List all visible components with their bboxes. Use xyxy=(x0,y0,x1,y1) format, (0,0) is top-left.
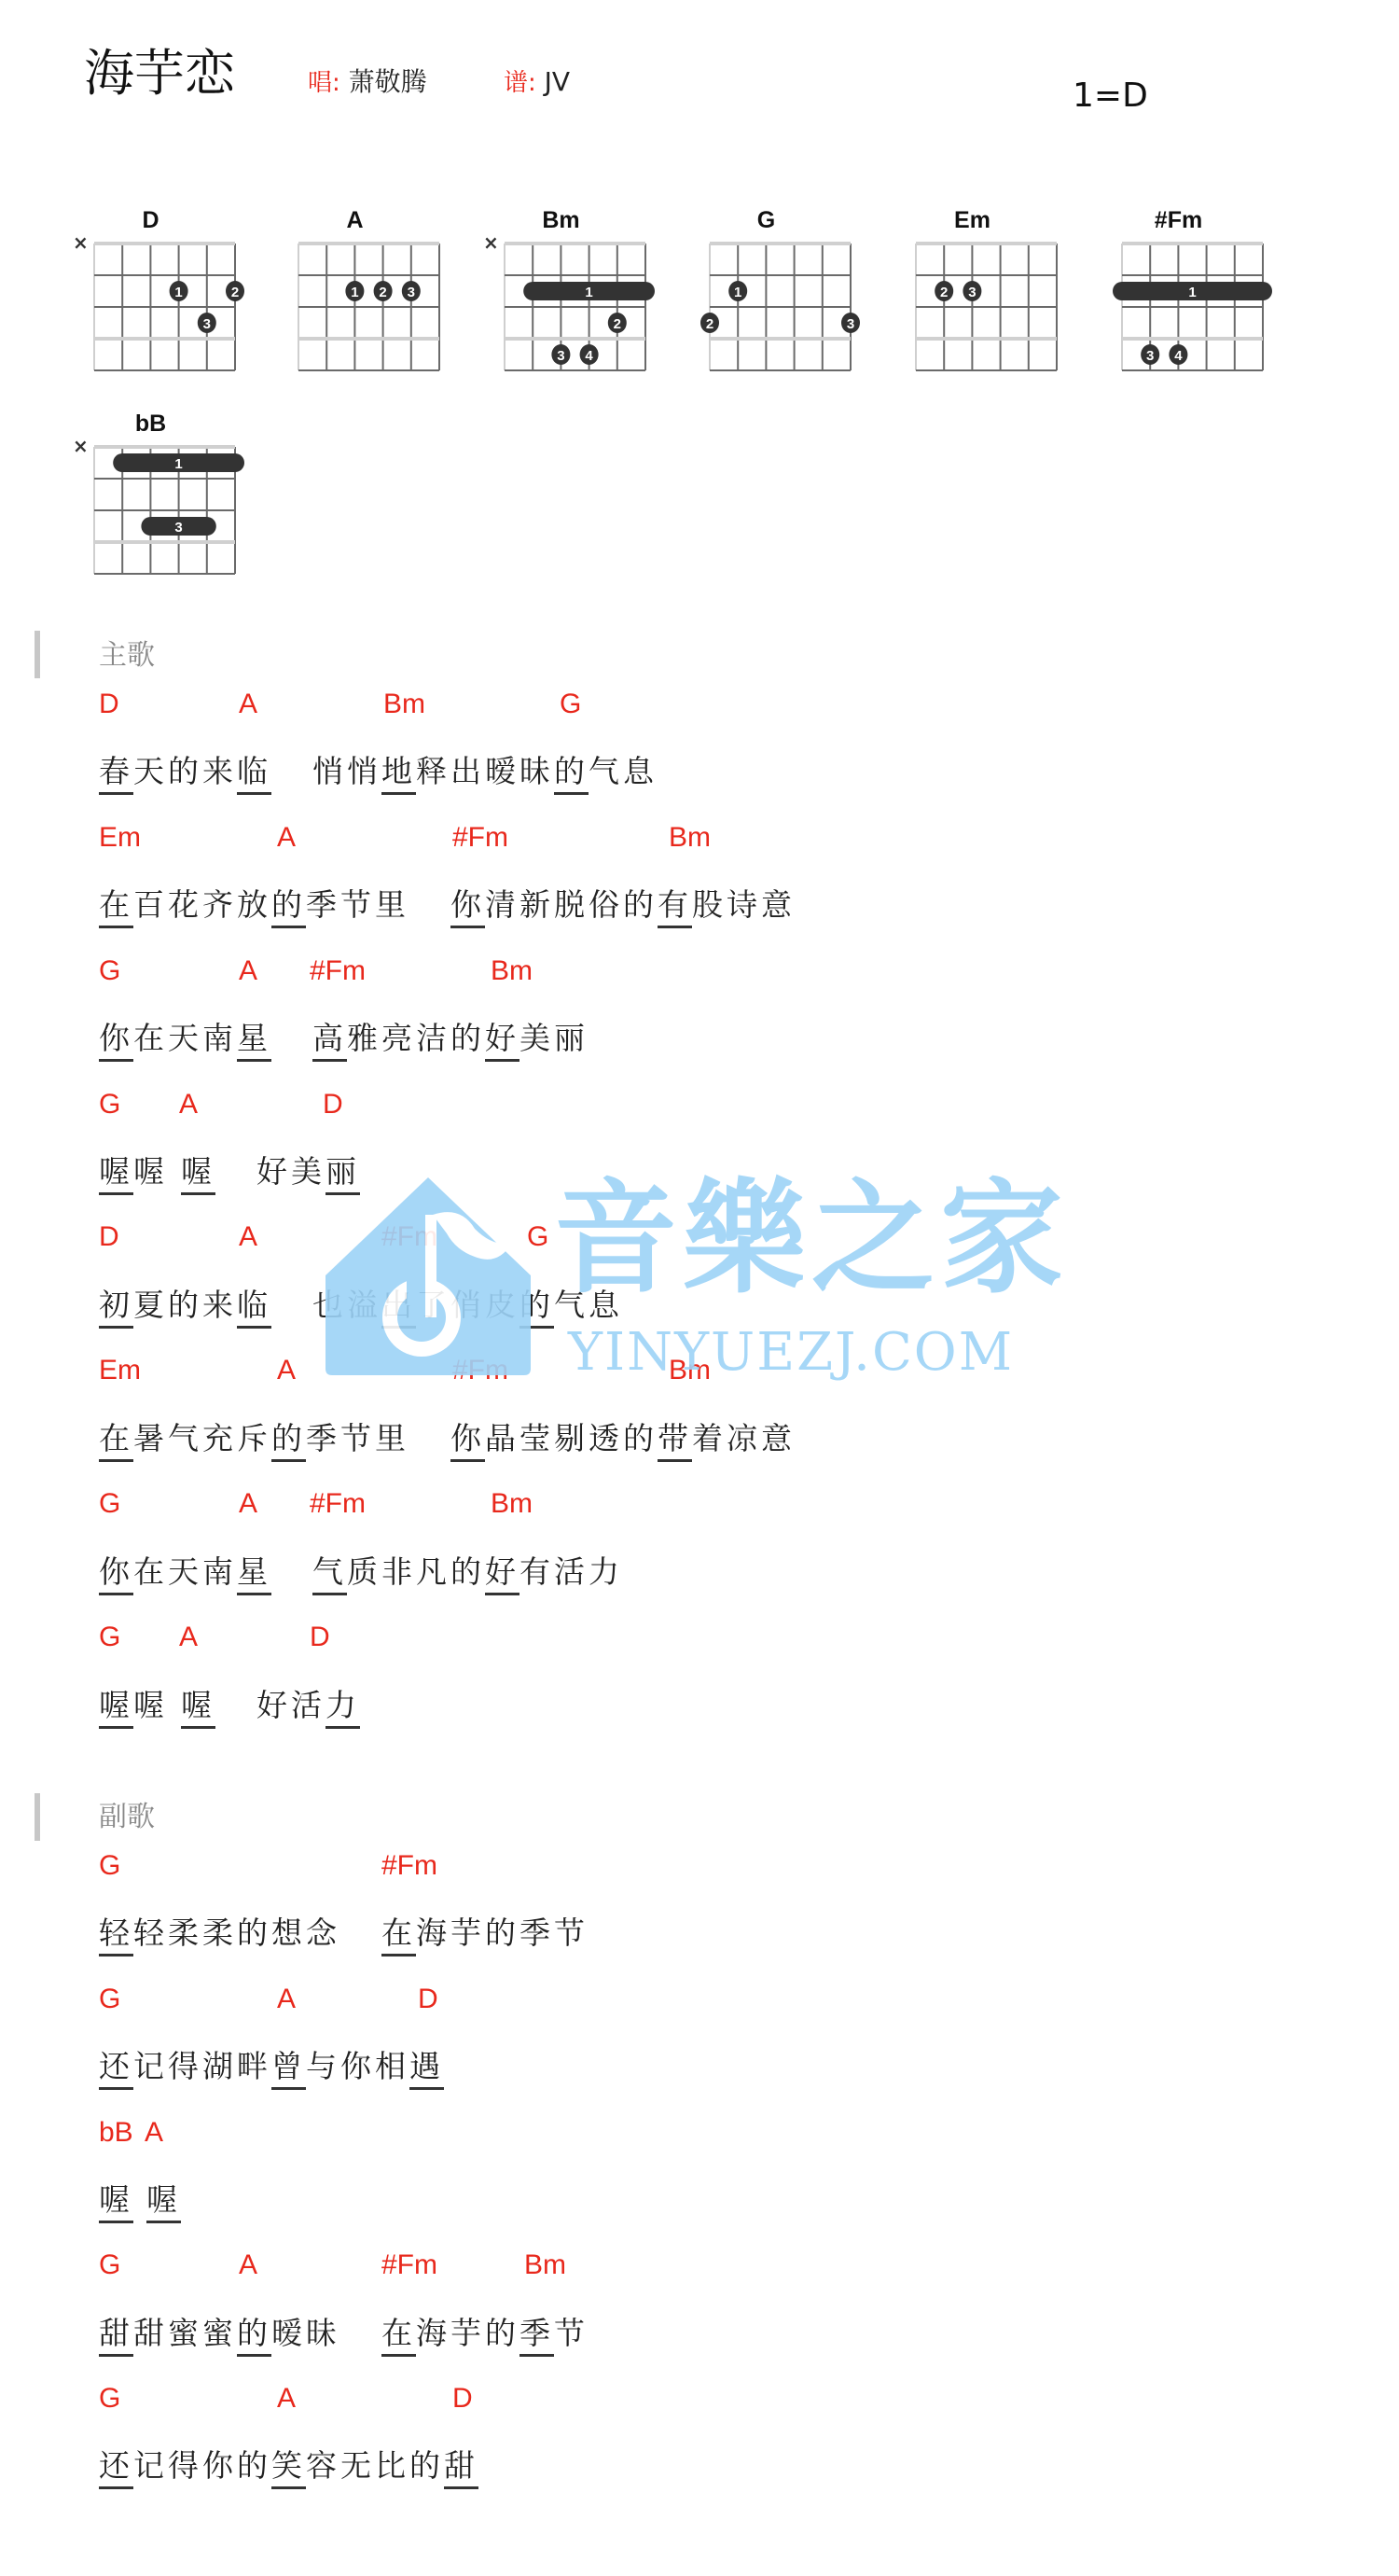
lyric-char-chord-anchor: 还 xyxy=(99,2450,133,2489)
lyric-char-chord-anchor: 你 xyxy=(99,1556,133,1595)
lyric-char-chord-anchor: 气 xyxy=(312,1556,347,1595)
lyric-char-chord-anchor: 喔 xyxy=(181,1156,215,1195)
lyric-char: 亮 xyxy=(381,1023,416,1059)
lyric-char-chord-anchor: 出 xyxy=(381,1289,416,1329)
lyric-char: 也 xyxy=(312,1289,347,1326)
lyric-char: 新 xyxy=(519,889,554,926)
lyric-char: 节 xyxy=(340,889,375,926)
lyric-char: 甜 xyxy=(133,2318,168,2354)
lyric-char: 相 xyxy=(375,2051,409,2087)
fretboard-grid: 134 xyxy=(1108,242,1277,372)
lyric-char-chord-anchor: 带 xyxy=(658,1423,692,1462)
chord-diagram: Em23 xyxy=(902,215,1070,373)
lyric-char: 芋 xyxy=(450,2318,485,2354)
chord-symbol[interactable]: #Fm xyxy=(381,2251,437,2279)
lyric-char-chord-anchor: 曾 xyxy=(271,2051,306,2090)
lyric-char: 记 xyxy=(133,2450,168,2486)
chord-symbol[interactable]: D xyxy=(99,1223,119,1251)
lyric-char-chord-anchor: 初 xyxy=(99,1289,133,1329)
lyric-char: 天 xyxy=(133,756,168,792)
lyric-char: 活 xyxy=(554,1556,589,1593)
lyric-char: 节 xyxy=(340,1423,375,1459)
lyric-char: 充 xyxy=(202,1423,237,1459)
svg-text:2: 2 xyxy=(231,285,239,300)
lyric-char: 容 xyxy=(306,2450,340,2486)
lyric-char: 息 xyxy=(589,1289,623,1326)
lyric-char: 有 xyxy=(519,1556,554,1593)
lyric-line: 在百花齐放的季节里你清新脱俗的有股诗意 xyxy=(99,889,796,928)
lyric-line: 喔喔 xyxy=(99,2184,181,2223)
fretboard-grid: 23 xyxy=(902,242,1071,372)
svg-text:2: 2 xyxy=(379,285,386,300)
lyric-char-chord-anchor: 力 xyxy=(326,1690,360,1729)
chord-symbol[interactable]: Bm xyxy=(383,690,425,718)
lyric-char: 的 xyxy=(237,1917,271,1954)
chord-symbol[interactable]: Em xyxy=(99,1357,141,1385)
lyric-char: 的 xyxy=(450,1556,485,1593)
lyric-char: 美 xyxy=(291,1156,326,1192)
chord-symbol[interactable]: A xyxy=(239,957,257,985)
chord-symbol[interactable]: G xyxy=(99,957,120,985)
lyric-line: 还记得湖畔曾与你相遇 xyxy=(99,2051,444,2090)
singer-name[interactable]: 萧敬腾 xyxy=(349,66,427,97)
lyric-char: 气 xyxy=(589,756,623,792)
chord-symbol[interactable]: A xyxy=(239,690,257,718)
lyric-char-chord-anchor: 喔 xyxy=(99,1156,133,1195)
lyric-char: 记 xyxy=(133,2051,168,2087)
chord-diagram-name: A xyxy=(284,209,425,232)
lyric-char: 昧 xyxy=(519,756,554,792)
lyric-char-chord-anchor: 有 xyxy=(658,889,692,928)
lyric-char-chord-anchor: 在 xyxy=(99,1423,133,1462)
lyric-char: 的 xyxy=(168,1289,202,1326)
chord-diagram-name: G xyxy=(696,209,837,232)
chord-diagram: bB13× xyxy=(80,418,248,577)
lyric-char: 念 xyxy=(306,1917,340,1954)
chord-symbol[interactable]: bB xyxy=(99,2119,133,2147)
svg-text:4: 4 xyxy=(1174,348,1183,364)
svg-text:3: 3 xyxy=(408,285,415,300)
lyric-char: 意 xyxy=(761,1423,796,1459)
lyric-char: 好 xyxy=(256,1690,291,1726)
lyric-char-chord-anchor: 的 xyxy=(237,2318,271,2357)
lyric-char-chord-anchor: 好 xyxy=(485,1556,519,1595)
lyric-char: 出 xyxy=(450,756,485,792)
lyric-char-chord-anchor: 好 xyxy=(485,1023,519,1062)
lyric-char: 美 xyxy=(519,1023,554,1059)
lyric-char: 皮 xyxy=(485,1289,519,1326)
fretboard-grid: 1234 xyxy=(491,242,659,372)
lyric-char: 无 xyxy=(340,2450,375,2486)
lyric-char: 雅 xyxy=(347,1023,381,1059)
lyric-char: 蜜 xyxy=(168,2318,202,2354)
lyric-char: 季 xyxy=(306,889,340,926)
chord-symbol[interactable]: G xyxy=(99,1985,120,2013)
chord-symbol[interactable]: A xyxy=(145,2119,163,2147)
chord-symbol[interactable]: G xyxy=(99,2385,120,2413)
svg-text:3: 3 xyxy=(847,316,854,332)
lyric-char: 得 xyxy=(168,2051,202,2087)
lyric-char: 暑 xyxy=(133,1423,168,1459)
lyric-char: 夏 xyxy=(133,1289,168,1326)
lyric-char-chord-anchor: 你 xyxy=(99,1023,133,1062)
muted-string-icon: × xyxy=(73,233,89,252)
chord-symbol[interactable]: A xyxy=(277,1985,296,2013)
chord-symbol[interactable]: Bm xyxy=(669,824,711,852)
lyric-char: 放 xyxy=(237,889,271,926)
lyric-char-chord-anchor: 临 xyxy=(237,1289,271,1329)
svg-text:3: 3 xyxy=(1146,348,1154,364)
lyric-line: 还记得你的笑容无比的甜 xyxy=(99,2450,478,2489)
chord-diagram-name: bB xyxy=(80,412,221,436)
lyric-char: 齐 xyxy=(202,889,237,926)
chord-symbol[interactable]: A xyxy=(239,1490,257,1518)
chord-symbol[interactable]: Bm xyxy=(491,957,533,985)
lyric-line: 你在天南星气质非凡的好有活力 xyxy=(99,1556,623,1595)
muted-string-icon: × xyxy=(483,233,499,252)
lyric-char-chord-anchor: 地 xyxy=(381,756,416,795)
lyric-char-chord-anchor: 还 xyxy=(99,2051,133,2090)
lyric-char: 喔 xyxy=(133,1690,168,1726)
lyric-line: 你在天南星高雅亮洁的好美丽 xyxy=(99,1023,589,1062)
lyric-char: 天 xyxy=(168,1556,202,1593)
lyric-char-chord-anchor: 的 xyxy=(271,889,306,928)
lyric-char: 莹 xyxy=(519,1423,554,1459)
lyric-char-chord-anchor: 笑 xyxy=(271,2450,306,2489)
lyric-char: 你 xyxy=(340,2051,375,2087)
lyric-char: 轻 xyxy=(133,1917,168,1954)
lyric-char: 股 xyxy=(692,889,727,926)
lyric-char-chord-anchor: 丽 xyxy=(326,1156,360,1195)
chord-diagram: #Fm134 xyxy=(1108,215,1276,373)
chord-symbol[interactable]: Bm xyxy=(669,1357,711,1385)
lyric-char: 南 xyxy=(202,1023,237,1059)
lyric-char: 的 xyxy=(450,1023,485,1059)
lyric-char-chord-anchor: 喔 xyxy=(181,1690,215,1729)
chord-symbol[interactable]: Bm xyxy=(524,2251,566,2279)
svg-text:4: 4 xyxy=(585,348,593,364)
lyric-char: 季 xyxy=(306,1423,340,1459)
chord-symbol[interactable]: D xyxy=(452,2385,473,2413)
lyric-char: 在 xyxy=(133,1023,168,1059)
lyric-char: 意 xyxy=(761,889,796,926)
lyric-char: 里 xyxy=(375,889,409,926)
lyric-char: 节 xyxy=(554,1917,589,1954)
svg-text:1: 1 xyxy=(351,285,358,300)
chord-symbol[interactable]: D xyxy=(310,1623,330,1651)
chord-diagram: G123 xyxy=(696,215,864,373)
svg-text:2: 2 xyxy=(706,316,713,332)
section-label: 主歌 xyxy=(99,642,155,670)
lyric-char: 活 xyxy=(291,1690,326,1726)
svg-text:2: 2 xyxy=(614,316,621,332)
fretboard-grid: 13 xyxy=(80,445,249,576)
svg-text:1: 1 xyxy=(1188,285,1196,300)
svg-text:3: 3 xyxy=(557,348,564,364)
lyric-char: 好 xyxy=(256,1156,291,1192)
lyric-char: 力 xyxy=(589,1556,623,1593)
lyric-char: 的 xyxy=(623,1423,658,1459)
lyric-char: 质 xyxy=(347,1556,381,1593)
chord-symbol[interactable]: #Fm xyxy=(310,957,366,985)
chord-symbol[interactable]: A xyxy=(239,2251,257,2279)
chord-symbol[interactable]: #Fm xyxy=(310,1490,366,1518)
chord-symbol[interactable]: G xyxy=(99,1091,120,1119)
lyric-char: 剔 xyxy=(554,1423,589,1459)
chord-symbol[interactable]: G xyxy=(99,2251,120,2279)
lyric-char: 节 xyxy=(554,2318,589,2354)
chord-symbol[interactable]: A xyxy=(179,1623,198,1651)
lyric-char: 着 xyxy=(692,1423,727,1459)
lyric-char: 气 xyxy=(554,1289,589,1326)
watermark-text-en: YINYUEZJ.COM xyxy=(568,1327,1014,1379)
svg-text:1: 1 xyxy=(734,285,741,300)
chord-diagram-name: Em xyxy=(902,209,1043,232)
lyric-char-chord-anchor: 遇 xyxy=(409,2051,444,2090)
lyric-char: 的 xyxy=(168,756,202,792)
chord-symbol[interactable]: G xyxy=(99,1852,120,1880)
chord-diagram: Bm1234× xyxy=(491,215,658,373)
lyric-line: 初夏的来临也溢出了俏皮的气息 xyxy=(99,1289,623,1329)
lyric-char: 在 xyxy=(133,1556,168,1593)
lyric-char: 非 xyxy=(381,1556,416,1593)
lyric-char: 释 xyxy=(416,756,450,792)
watermark-text-cn: 音樂之家 xyxy=(554,1177,1069,1301)
lyric-char: 暧 xyxy=(271,2318,306,2354)
lyric-char-chord-anchor: 你 xyxy=(450,1423,485,1462)
chord-symbol[interactable]: A xyxy=(277,1357,296,1385)
lyric-char: 的 xyxy=(623,889,658,926)
lyric-char: 俏 xyxy=(450,1289,485,1326)
section-marker xyxy=(35,1793,40,1841)
lyric-char: 洁 xyxy=(416,1023,450,1059)
lyric-char: 里 xyxy=(375,1423,409,1459)
fretboard-grid: 123 xyxy=(284,242,453,372)
lyric-char: 柔 xyxy=(202,1917,237,1954)
lyric-char-chord-anchor: 的 xyxy=(554,756,589,795)
chord-symbol[interactable]: D xyxy=(99,690,119,718)
chord-symbol[interactable]: A xyxy=(179,1091,198,1119)
lyric-char: 晶 xyxy=(485,1423,519,1459)
lyric-char-chord-anchor: 临 xyxy=(237,756,271,795)
svg-text:1: 1 xyxy=(174,456,182,472)
lyric-char: 息 xyxy=(623,756,658,792)
lyric-char: 你 xyxy=(202,2450,237,2486)
lyric-char-chord-anchor: 春 xyxy=(99,756,133,795)
lyric-char: 想 xyxy=(271,1917,306,1954)
lyric-line: 轻轻柔柔的想念在海芋的季节 xyxy=(99,1917,589,1956)
chord-diagram-name: D xyxy=(80,209,221,232)
lyric-char: 溢 xyxy=(347,1289,381,1326)
transcriber-info: 谱: JV xyxy=(504,69,570,95)
singer-info: 唱: 萧敬腾 xyxy=(308,69,427,95)
lyric-char: 海 xyxy=(416,1917,450,1954)
svg-text:3: 3 xyxy=(174,520,182,536)
lyric-char-chord-anchor: 轻 xyxy=(99,1917,133,1956)
chord-symbol[interactable]: #Fm xyxy=(381,1223,437,1251)
lyric-char-chord-anchor: 季 xyxy=(519,2318,554,2357)
lyric-char-chord-anchor: 星 xyxy=(237,1023,271,1062)
lyric-char: 海 xyxy=(416,2318,450,2354)
chord-symbol[interactable]: #Fm xyxy=(452,824,508,852)
lyric-char-chord-anchor: 的 xyxy=(519,1289,554,1329)
chord-symbol[interactable]: G xyxy=(560,690,581,718)
lyric-char: 悄 xyxy=(347,756,381,792)
lyric-line: 喔喔喔好活力 xyxy=(99,1690,360,1729)
lyric-char-chord-anchor: 在 xyxy=(381,1917,416,1956)
lyric-char-chord-anchor: 星 xyxy=(237,1556,271,1595)
lyric-char: 气 xyxy=(168,1423,202,1459)
lyric-char: 湖 xyxy=(202,2051,237,2087)
lyric-char: 斥 xyxy=(237,1423,271,1459)
lyric-char-chord-anchor: 喔 xyxy=(99,1690,133,1729)
chord-symbol[interactable]: G xyxy=(527,1223,548,1251)
lyric-char: 昧 xyxy=(306,2318,340,2354)
chord-symbol[interactable]: A xyxy=(277,2385,296,2413)
lyric-char: 了 xyxy=(416,1289,450,1326)
lyric-char: 天 xyxy=(168,1023,202,1059)
lyric-char: 悄 xyxy=(312,756,347,792)
lyric-char: 透 xyxy=(589,1423,623,1459)
lyric-char: 柔 xyxy=(168,1917,202,1954)
key-signature: 1=D xyxy=(1073,79,1148,113)
lyric-char: 的 xyxy=(237,2450,271,2486)
lyric-char: 南 xyxy=(202,1556,237,1593)
lyric-line: 在暑气充斥的季节里你晶莹剔透的带着凉意 xyxy=(99,1423,796,1462)
lyric-char-chord-anchor: 甜 xyxy=(444,2450,478,2489)
chord-symbol[interactable]: #Fm xyxy=(452,1357,508,1385)
chord-symbol[interactable]: A xyxy=(277,824,296,852)
lyric-char: 清 xyxy=(485,889,519,926)
svg-text:1: 1 xyxy=(585,285,592,300)
chord-diagram: D123× xyxy=(80,215,248,373)
lyric-char-chord-anchor: 喔 xyxy=(99,2184,133,2223)
lyric-char: 蜜 xyxy=(202,2318,237,2354)
lyric-char-chord-anchor: 在 xyxy=(99,889,133,928)
chord-symbol[interactable]: G xyxy=(99,1490,120,1518)
singer-label: 唱: xyxy=(308,69,340,97)
lyric-char: 俗 xyxy=(589,889,623,926)
lyric-char: 喔 xyxy=(133,1156,168,1192)
lyric-char: 凡 xyxy=(416,1556,450,1593)
chord-symbol[interactable]: #Fm xyxy=(381,1852,437,1880)
lyric-char-chord-anchor: 甜 xyxy=(99,2318,133,2357)
transcriber-label: 谱: xyxy=(504,69,536,97)
lyric-char: 芋 xyxy=(450,1917,485,1954)
chord-symbol[interactable]: Bm xyxy=(491,1490,533,1518)
muted-string-icon: × xyxy=(73,437,89,455)
section-label: 副歌 xyxy=(99,1803,155,1831)
song-title: 海芋恋 xyxy=(84,49,235,99)
lyric-char: 花 xyxy=(168,889,202,926)
section-marker xyxy=(35,631,40,678)
lyric-char: 诗 xyxy=(727,889,761,926)
lyric-char-chord-anchor: 喔 xyxy=(146,2184,181,2223)
svg-text:3: 3 xyxy=(968,285,976,300)
chord-diagram-name: #Fm xyxy=(1108,209,1249,232)
lyric-char: 丽 xyxy=(554,1023,589,1059)
chord-symbol[interactable]: Em xyxy=(99,824,141,852)
lyric-line: 喔喔喔好美丽 xyxy=(99,1156,360,1195)
chord-symbol[interactable]: A xyxy=(239,1223,257,1251)
svg-text:1: 1 xyxy=(174,285,182,300)
lyric-char: 暧 xyxy=(485,756,519,792)
lyric-char: 百 xyxy=(133,889,168,926)
lyric-char: 季 xyxy=(519,1917,554,1954)
transcriber-name[interactable]: JV xyxy=(545,66,570,97)
lyric-char: 凉 xyxy=(727,1423,761,1459)
lyric-char: 得 xyxy=(168,2450,202,2486)
lyric-char: 来 xyxy=(202,756,237,792)
fretboard-grid: 123 xyxy=(696,242,865,372)
svg-text:3: 3 xyxy=(203,316,211,332)
lyric-char: 畔 xyxy=(237,2051,271,2087)
chord-diagram: A123 xyxy=(284,215,452,373)
lyric-char: 与 xyxy=(306,2051,340,2087)
lyric-char-chord-anchor: 在 xyxy=(381,2318,416,2357)
lyric-line: 春天的来临悄悄地释出暧昧的气息 xyxy=(99,756,658,795)
lyric-char-chord-anchor: 高 xyxy=(312,1023,347,1062)
fretboard-grid: 123 xyxy=(80,242,249,372)
svg-text:2: 2 xyxy=(940,285,948,300)
chord-symbol[interactable]: D xyxy=(418,1985,438,2013)
lyric-char-chord-anchor: 你 xyxy=(450,889,485,928)
music-house-logo-icon xyxy=(321,1177,535,1378)
lyric-char: 脱 xyxy=(554,889,589,926)
lyric-line: 甜甜蜜蜜的暧昧在海芋的季节 xyxy=(99,2318,589,2357)
chord-symbol[interactable]: D xyxy=(323,1091,343,1119)
lyric-char: 来 xyxy=(202,1289,237,1326)
lyric-char: 的 xyxy=(485,2318,519,2354)
chord-diagram-name: Bm xyxy=(491,209,631,232)
lyric-char: 比 xyxy=(375,2450,409,2486)
lyric-char: 的 xyxy=(485,1917,519,1954)
lyric-char-chord-anchor: 的 xyxy=(271,1423,306,1462)
lyric-char: 的 xyxy=(409,2450,444,2486)
chord-symbol[interactable]: G xyxy=(99,1623,120,1651)
